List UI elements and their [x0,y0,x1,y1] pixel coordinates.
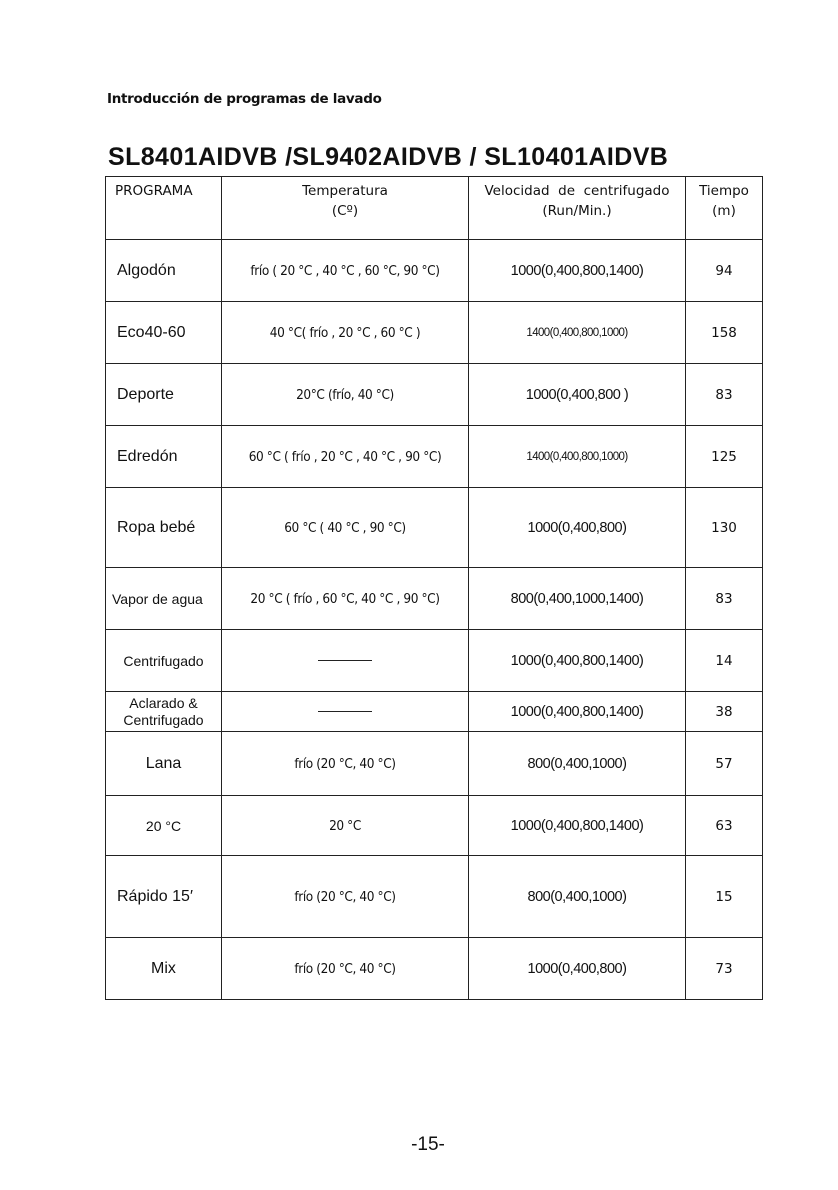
table-row: Vapor de agua20 °C ( frío , 60 °C, 40 °C… [106,568,763,630]
program-cell: Deporte [106,364,222,426]
time-cell: 14 [686,630,763,692]
temperature-cell [222,630,469,692]
time-cell: 63 [686,796,763,856]
table-row: Centrifugado1000(0,400,800,1400)14 [106,630,763,692]
program-cell: Lana [106,732,222,796]
spin-speed-cell: 1400(0,400,800,1000) [469,302,686,364]
temperature-cell: 40 °C( frío , 20 °C , 60 °C ) [222,302,469,364]
spin-speed-cell: 1000(0,400,800,1400) [469,630,686,692]
temperature-cell: 60 °C ( 40 °C , 90 °C) [222,488,469,568]
spin-speed-cell: 800(0,400,1000,1400) [469,568,686,630]
header-temperatura: Temperatura(Cº) [222,177,469,240]
time-cell: 38 [686,692,763,732]
time-cell: 130 [686,488,763,568]
program-cell: Ropa bebé [106,488,222,568]
dash-line [318,711,372,712]
table-row: Deporte20°C (frío, 40 °C)1000(0,400,800 … [106,364,763,426]
table-row: Eco40-6040 °C( frío , 20 °C , 60 °C )140… [106,302,763,364]
spin-speed-cell: 800(0,400,1000) [469,732,686,796]
table-header-row: PROGRAMA Temperatura(Cº) Velocidad de ce… [106,177,763,240]
time-cell: 15 [686,856,763,938]
time-cell: 57 [686,732,763,796]
temperature-cell: 60 °C ( frío , 20 °C , 40 °C , 90 °C) [222,426,469,488]
table-row: Mixfrío (20 °C, 40 °C)1000(0,400,800)73 [106,938,763,1000]
table-row: Edredón60 °C ( frío , 20 °C , 40 °C , 90… [106,426,763,488]
program-cell: Rápido 15′ [106,856,222,938]
spin-speed-cell: 1400(0,400,800,1000) [469,426,686,488]
table-row: 20 °C20 °C1000(0,400,800,1400)63 [106,796,763,856]
models-title: SL8401AIDVB /SL9402AIDVB / SL10401AIDVB [108,143,668,172]
program-cell: Edredón [106,426,222,488]
section-title: Introducción de programas de lavado [107,91,382,107]
spin-speed-cell: 1000(0,400,800) [469,488,686,568]
spin-speed-cell: 800(0,400,1000) [469,856,686,938]
spin-speed-cell: 1000(0,400,800,1400) [469,692,686,732]
time-cell: 158 [686,302,763,364]
program-cell: Eco40-60 [106,302,222,364]
temperature-cell: 20 °C [222,796,469,856]
time-cell: 125 [686,426,763,488]
time-cell: 83 [686,568,763,630]
table-row: Aclarado & Centrifugado1000(0,400,800,14… [106,692,763,732]
header-velocidad: Velocidad de centrifugado(Run/Min.) [469,177,686,240]
header-velocidad-label: Velocidad de centrifugado [485,183,670,199]
wash-programs-table: PROGRAMA Temperatura(Cº) Velocidad de ce… [105,176,763,1000]
spin-speed-cell: 1000(0,400,800 ) [469,364,686,426]
temperature-cell: frío (20 °C, 40 °C) [222,856,469,938]
temperature-cell: 20 °C ( frío , 60 °C, 40 °C , 90 °C) [222,568,469,630]
temperature-cell: frío (20 °C, 40 °C) [222,938,469,1000]
table-row: Rápido 15′frío (20 °C, 40 °C)800(0,400,1… [106,856,763,938]
program-cell: Centrifugado [106,630,222,692]
header-programa: PROGRAMA [106,177,222,240]
header-velocidad-unit: (Run/Min.) [542,203,611,219]
temperature-cell: 20°C (frío, 40 °C) [222,364,469,426]
temperature-cell: frío ( 20 °C , 40 °C , 60 °C, 90 °C) [222,240,469,302]
dash-line [318,660,372,661]
header-tiempo-unit: (m) [712,203,736,219]
program-cell: Aclarado & Centrifugado [106,692,222,732]
spin-speed-cell: 1000(0,400,800,1400) [469,796,686,856]
program-cell: Mix [106,938,222,1000]
table-row: Lanafrío (20 °C, 40 °C)800(0,400,1000)57 [106,732,763,796]
program-cell: Vapor de agua [106,568,222,630]
table-row: Algodónfrío ( 20 °C , 40 °C , 60 °C, 90 … [106,240,763,302]
time-cell: 73 [686,938,763,1000]
program-cell: Algodón [106,240,222,302]
header-temperatura-label: Temperatura [302,183,388,199]
time-cell: 94 [686,240,763,302]
temperature-cell: frío (20 °C, 40 °C) [222,732,469,796]
table-row: Ropa bebé60 °C ( 40 °C , 90 °C)1000(0,40… [106,488,763,568]
header-tiempo: Tiempo(m) [686,177,763,240]
spin-speed-cell: 1000(0,400,800,1400) [469,240,686,302]
time-cell: 83 [686,364,763,426]
page-number: -15- [0,1134,838,1156]
header-temperatura-unit: (Cº) [332,203,358,219]
temperature-cell [222,692,469,732]
spin-speed-cell: 1000(0,400,800) [469,938,686,1000]
header-tiempo-label: Tiempo [699,183,749,199]
program-cell: 20 °C [106,796,222,856]
